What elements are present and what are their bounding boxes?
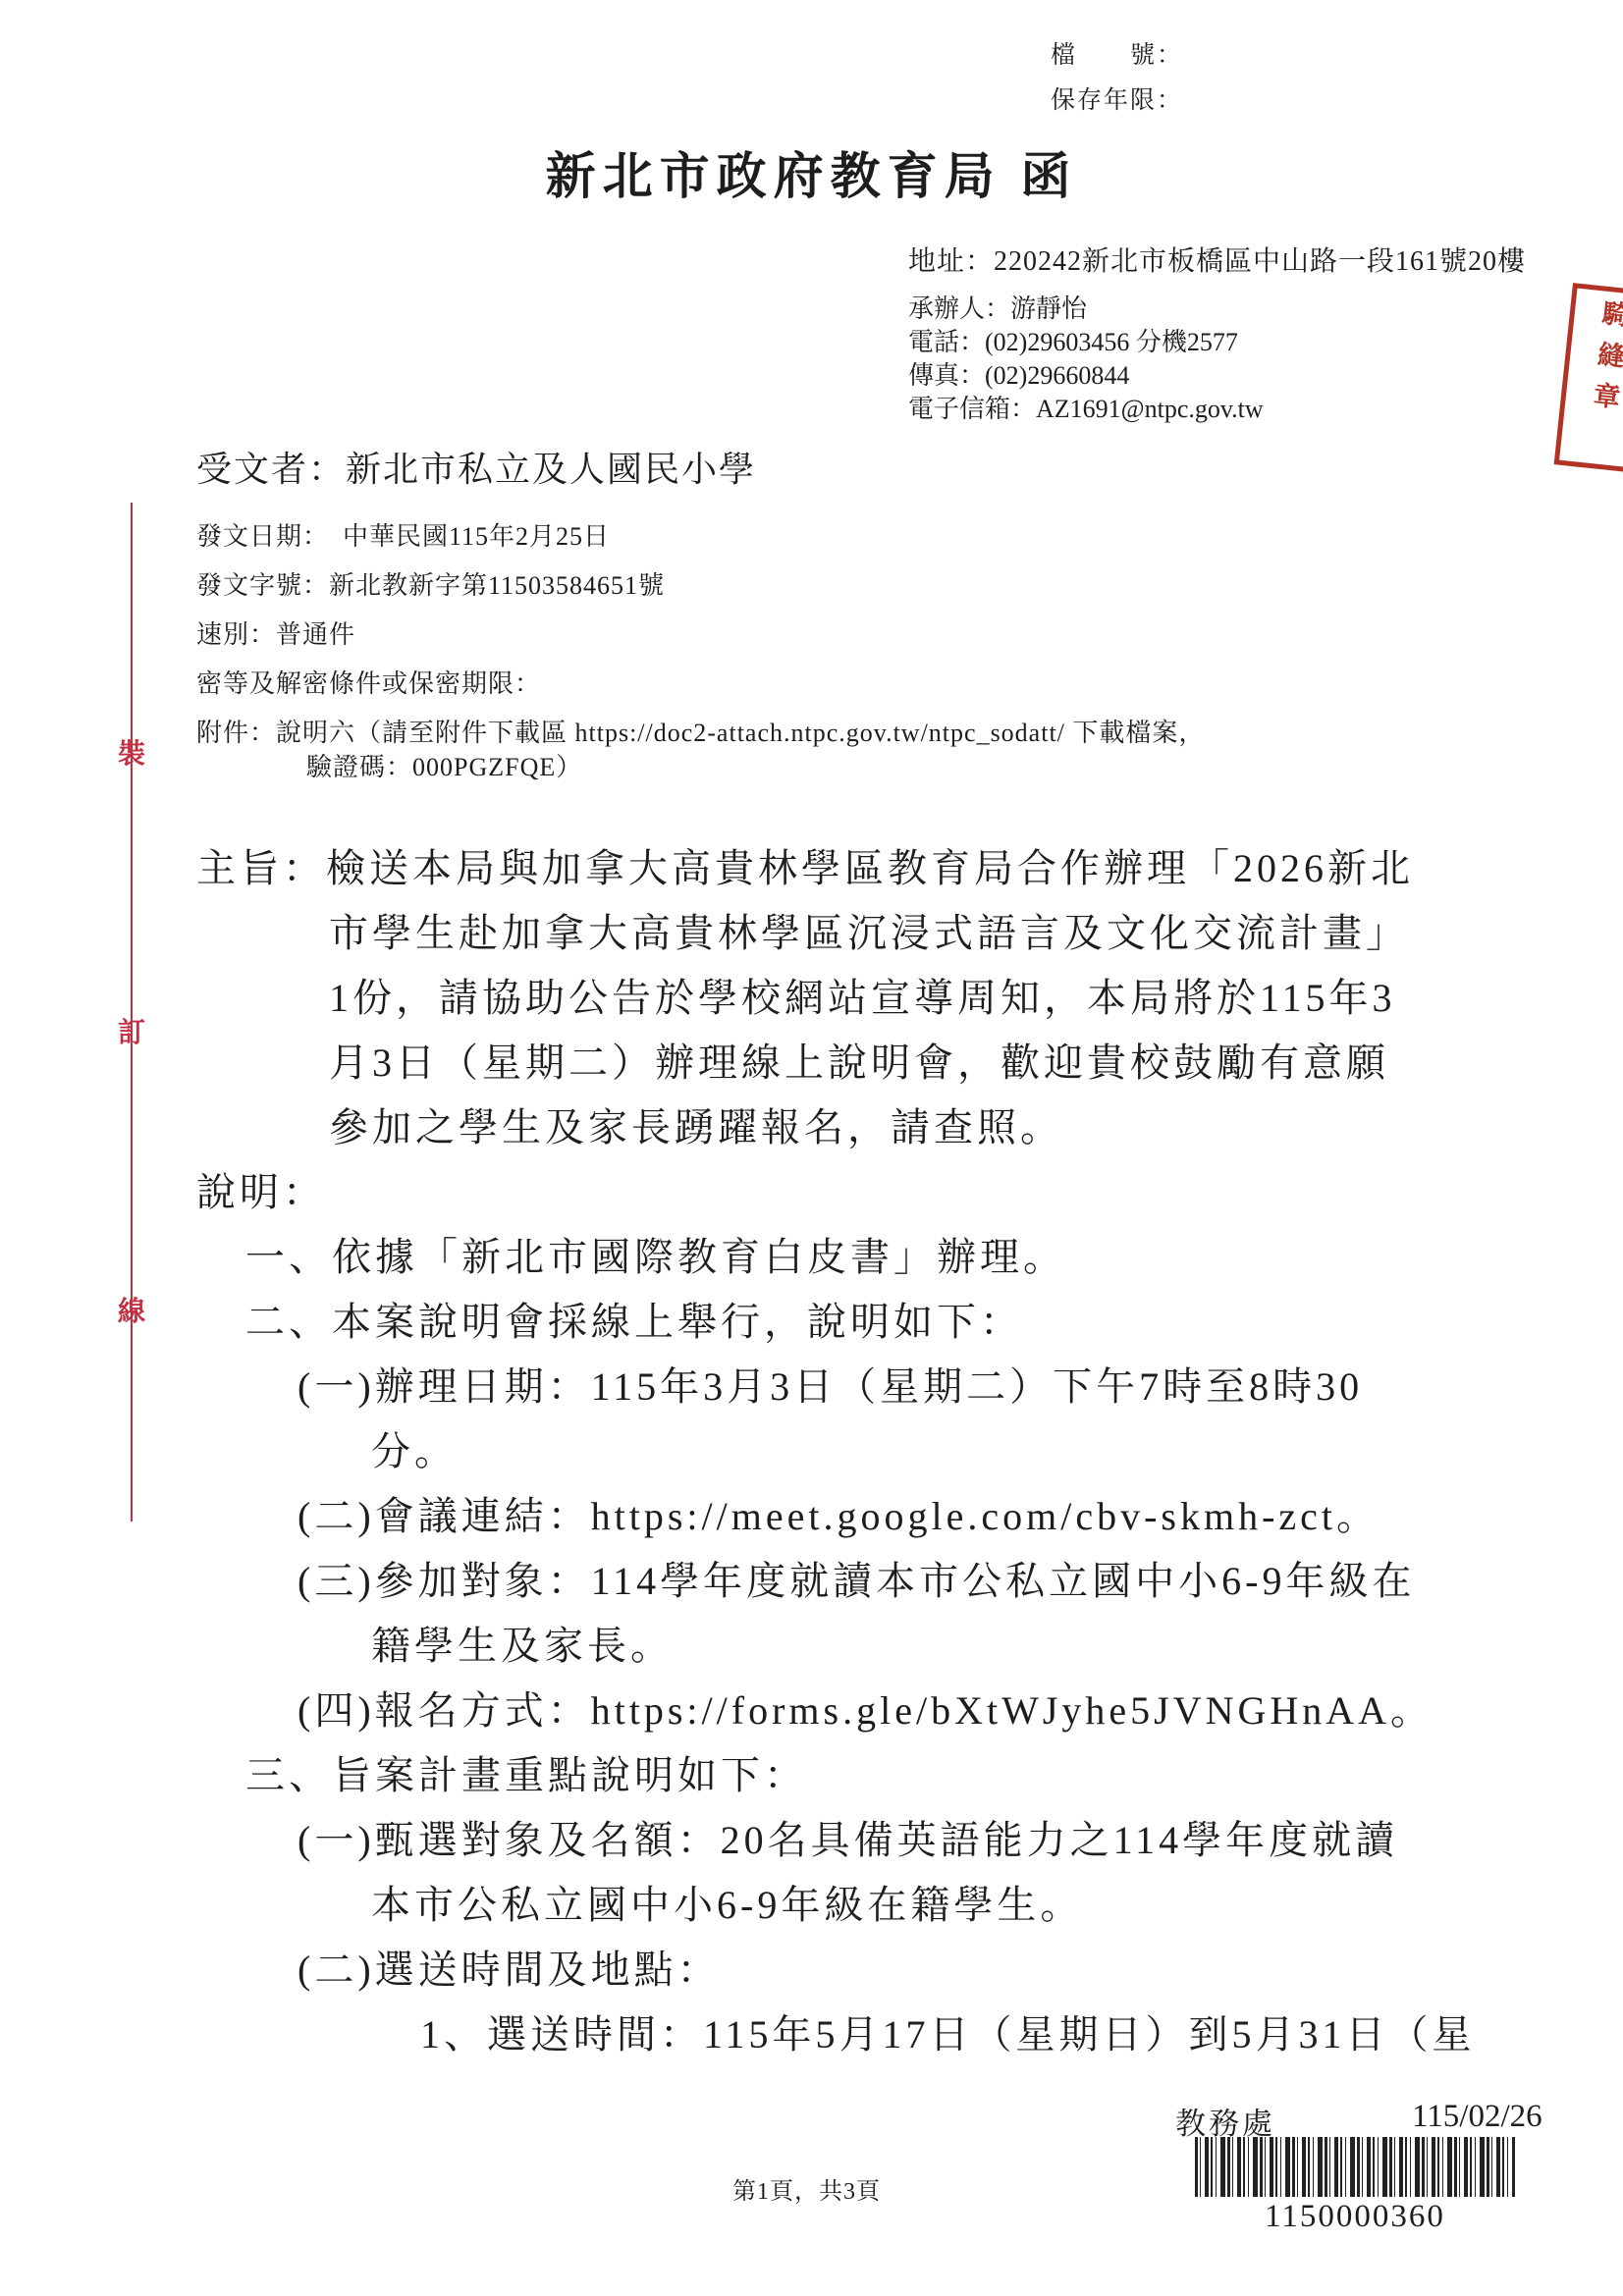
body-line: 1份，請協助公告於學校網站宣導周知，本局將於115年3 — [196, 966, 1512, 1031]
contact-line: 電子信箱：AZ1691@ntpc.gov.tw — [908, 393, 1526, 426]
contact-line: 承辦人：游靜怡 — [908, 293, 1526, 326]
body-line: 籍學生及家長。 — [196, 1614, 1512, 1679]
binding-char-xian: 線 — [117, 1290, 146, 1329]
agency-address: 地址：220242新北市板橋區中山路一段161號20樓 — [908, 240, 1526, 279]
retention-period-label: 保存年限： — [1051, 79, 1183, 124]
seal-text: 騎縫章 — [1583, 298, 1623, 425]
body-line: 市學生赴加拿大高貴林學區沉浸式語言及文化交流計畫」 — [196, 901, 1512, 966]
contact-line: 電話：(02)29603456 分機2577 — [908, 326, 1526, 359]
meta-line: 速別：普通件 — [196, 611, 1205, 660]
body-line: 1、選送時間：115年5月17日（星期日）到5月31日（星 — [196, 2002, 1512, 2067]
meta-block: 發文日期： 中華民國115年2月25日 發文字號：新北教新字第115035846… — [196, 512, 1205, 785]
receipt-date: 115/02/26 — [1412, 2099, 1542, 2135]
file-number-block: 檔 號： 保存年限： — [1051, 33, 1183, 124]
body-line: (四)報名方式：https://forms.gle/bXtWJyhe5JVNGH… — [196, 1679, 1512, 1743]
cross-page-seal-stamp: 騎縫章 — [1554, 283, 1623, 477]
meta-line: 發文字號：新北教新字第11503584651號 — [196, 561, 1205, 611]
body-line: (二)選送時間及地點： — [196, 1938, 1512, 2002]
document-title: 新北市政府教育局 函 — [0, 135, 1623, 208]
body-line: 說明： — [196, 1160, 1512, 1225]
body-line: 主旨：檢送本局與加拿大高貴林學區教育局合作辦理「2026新北 — [196, 836, 1512, 901]
body-line: (一)辦理日期：115年3月3日（星期二）下午7時至8時30 — [196, 1355, 1512, 1419]
body-line: 本市公私立國中小6-9年級在籍學生。 — [196, 1873, 1512, 1938]
body-line: 三、旨案計畫重點說明如下： — [196, 1743, 1512, 1808]
body-line: 一、依據「新北市國際教育白皮書」辦理。 — [196, 1225, 1512, 1290]
meta-line: 密等及解密條件或保密期限： — [196, 660, 1205, 709]
binding-char-ding: 訂 — [117, 1011, 146, 1050]
contact-lines: 承辦人：游靜怡 電話：(02)29603456 分機2577 傳真：(02)29… — [908, 293, 1526, 426]
recipient-line: 受文者：新北市私立及人國民小學 — [196, 442, 756, 492]
body-line: (三)參加對象：114學年度就讀本市公私立國中小6-9年級在 — [196, 1549, 1512, 1614]
binding-char-zhuang: 裝 — [117, 732, 146, 772]
official-letter-page: 檔 號： 保存年限： 新北市政府教育局 函 地址：220242新北市板橋區中山路… — [0, 0, 1623, 2296]
body-line: (一)甄選對象及名額：20名具備英語能力之114學年度就讀 — [196, 1808, 1512, 1873]
document-body: 主旨：檢送本局與加拿大高貴林學區教育局合作辦理「2026新北 市學生赴加拿大高貴… — [196, 836, 1512, 2067]
barcode — [1195, 2137, 1515, 2197]
body-line: 月3日（星期二）辦理線上說明會，歡迎貴校鼓勵有意願 — [196, 1031, 1512, 1095]
contact-line: 傳真：(02)29660844 — [908, 359, 1526, 393]
body-line: 參加之學生及家長踴躍報名，請查照。 — [196, 1095, 1512, 1160]
contact-block: 地址：220242新北市板橋區中山路一段161號20樓 承辦人：游靜怡 電話：(… — [908, 240, 1526, 426]
file-number-label: 檔 號： — [1051, 33, 1183, 79]
body-line: 二、本案說明會採線上舉行，說明如下： — [196, 1290, 1512, 1355]
meta-line: 發文日期： 中華民國115年2月25日 — [196, 512, 1205, 561]
barcode-number: 1150000360 — [1195, 2199, 1515, 2235]
body-line: (二)會議連結：https://meet.google.com/cbv-skmh… — [196, 1484, 1512, 1549]
page-number: 第1頁，共3頁 — [732, 2171, 881, 2206]
body-line: 分。 — [196, 1419, 1512, 1484]
